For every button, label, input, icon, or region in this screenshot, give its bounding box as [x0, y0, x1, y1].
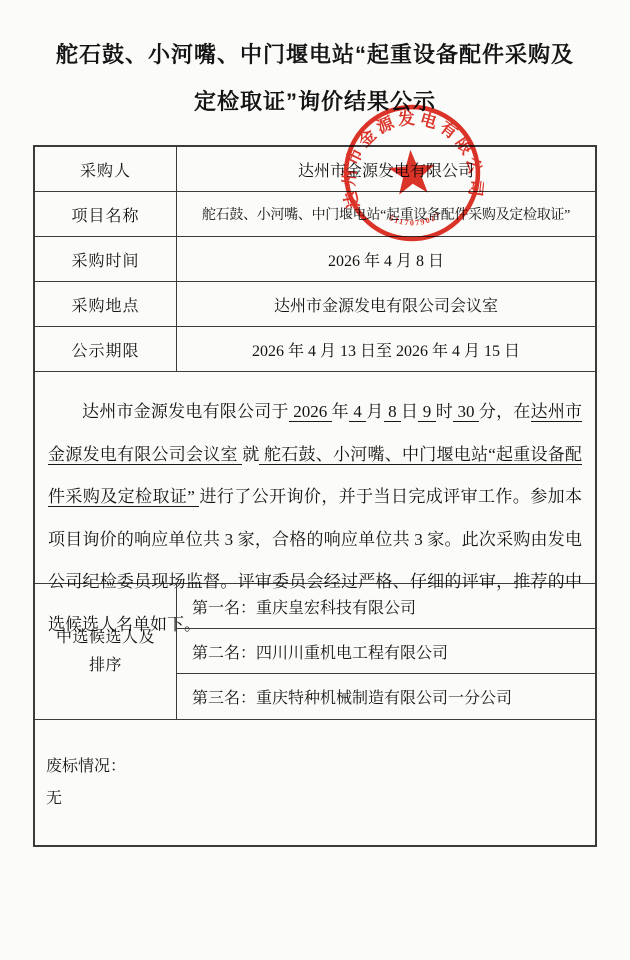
page-title-line1: 舵石鼓、小河嘴、中门堰电站“起重设备配件采购及	[0, 31, 630, 78]
summary-segment: 9	[418, 402, 435, 422]
candidate-row-second: 第二名：四川川重机电工程有限公司	[177, 629, 595, 674]
invalid-bid-label: 废标情况：	[46, 751, 584, 783]
table-row-project-name: 项目名称 舵石鼓、小河嘴、中门堰电站“起重设备配件采购及定检取证”	[35, 192, 595, 237]
summary-segment: 时	[436, 402, 453, 421]
candidates-section: 中选候选人及 排序 第一名：重庆皇宏科技有限公司 第二名：四川川重机电工程有限公…	[35, 584, 595, 720]
table-row-purchaser: 采购人 达州市金源发电有限公司	[35, 147, 595, 192]
row-value: 达州市金源发电有限公司	[177, 147, 595, 191]
summary-segment: 日	[401, 402, 418, 421]
row-value: 2026 年 4 月 8 日	[177, 237, 595, 281]
page-title-line2: 定检取证”询价结果公示	[0, 78, 630, 125]
row-label: 采购时间	[35, 237, 177, 281]
row-label: 公示期限	[35, 327, 177, 371]
summary-segment: 年	[332, 402, 349, 421]
summary-segment: 就	[242, 445, 259, 464]
announcement-page: { "title": { "line1": "舵石鼓、小河嘴、中门堰电站“起重设…	[0, 0, 630, 960]
candidate-row-first: 第一名：重庆皇宏科技有限公司	[177, 584, 595, 629]
candidate-row-third: 第三名：重庆特种机械制造有限公司一分公司	[177, 674, 595, 719]
table-row-purchase-time: 采购时间 2026 年 4 月 8 日	[35, 237, 595, 282]
row-value: 舵石鼓、小河嘴、中门堰电站“起重设备配件采购及定检取证”	[177, 192, 595, 236]
summary-segment: 8	[384, 402, 401, 422]
row-label: 采购人	[35, 147, 177, 191]
summary-cell: 达州市金源发电有限公司于 2026 年 4 月 8 日 9 时 30 分，在达州…	[35, 372, 595, 584]
row-value: 达州市金源发电有限公司会议室	[177, 282, 595, 326]
summary-segment: 30	[453, 402, 479, 422]
row-label: 项目名称	[35, 192, 177, 236]
table-row-purchase-place: 采购地点 达州市金源发电有限公司会议室	[35, 282, 595, 327]
invalid-bid-value: 无	[46, 783, 584, 815]
invalid-bid-cell: 废标情况： 无	[35, 720, 595, 845]
announcement-table: 采购人 达州市金源发电有限公司 项目名称 舵石鼓、小河嘴、中门堰电站“起重设备配…	[33, 145, 597, 847]
summary-segment: 达州市金源发电有限公司于	[82, 402, 289, 421]
page-title: 舵石鼓、小河嘴、中门堰电站“起重设备配件采购及 定检取证”询价结果公示	[0, 31, 630, 125]
summary-segment: 月	[366, 402, 383, 421]
table-row-publicity-period: 公示期限 2026 年 4 月 13 日至 2026 年 4 月 15 日	[35, 327, 595, 372]
summary-segment: 4	[349, 402, 366, 422]
candidates-label: 中选候选人及 排序	[35, 584, 177, 719]
candidates-list: 第一名：重庆皇宏科技有限公司 第二名：四川川重机电工程有限公司 第三名：重庆特种…	[177, 584, 595, 719]
row-value: 2026 年 4 月 13 日至 2026 年 4 月 15 日	[177, 327, 595, 371]
row-label: 采购地点	[35, 282, 177, 326]
summary-segment: 分，在	[479, 402, 531, 421]
summary-segment: 2026	[289, 402, 332, 422]
